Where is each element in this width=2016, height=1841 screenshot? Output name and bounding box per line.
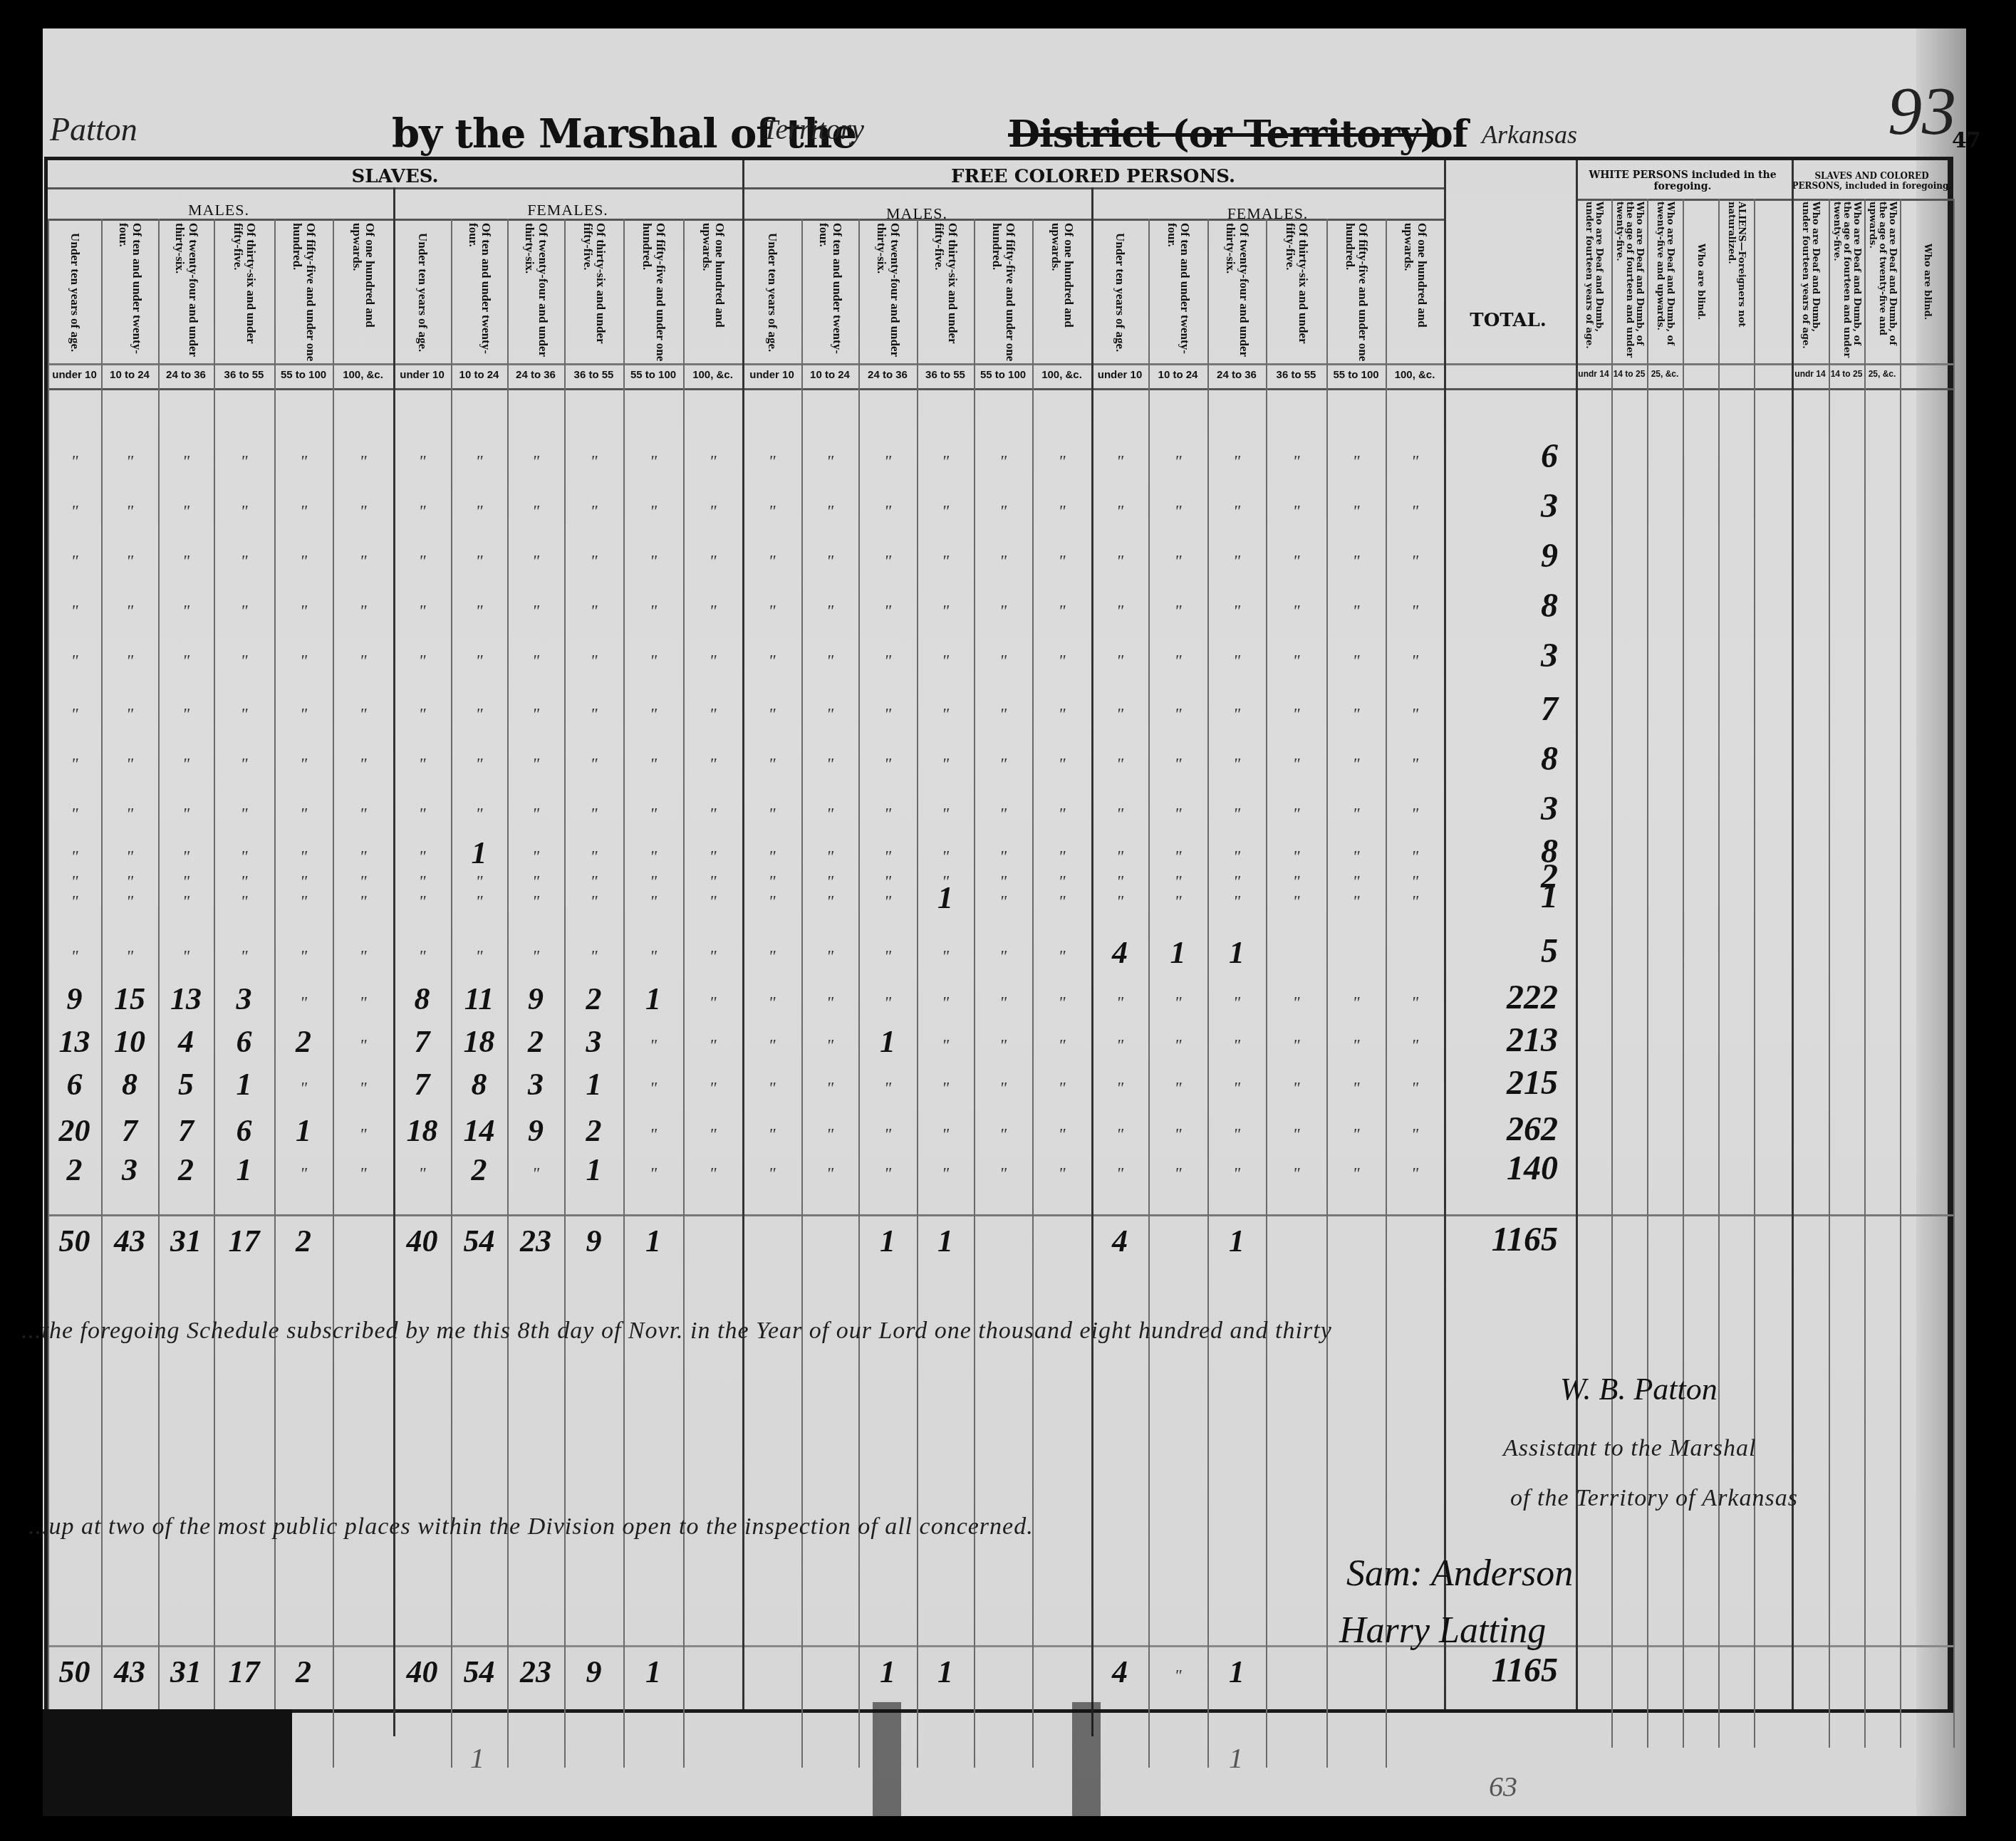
table-row-cell: " [333, 755, 393, 774]
table-row-cell: " [742, 1079, 801, 1098]
table-row-cell: 7 [101, 1112, 158, 1149]
table-row-cell: " [801, 805, 858, 824]
table-row-cell: " [683, 552, 742, 571]
column-code: under 10 [1091, 369, 1148, 381]
table-row-cell: " [1266, 1036, 1326, 1055]
table-row-cell: " [48, 755, 101, 774]
table-row-cell: " [917, 848, 974, 867]
table-row-cell: " [393, 552, 451, 571]
table-row-cell: " [1207, 993, 1266, 1013]
table-row-cell: " [451, 652, 507, 671]
final-total-row-cell: 43 [101, 1654, 158, 1690]
column-rule [1576, 160, 1578, 1709]
slaves-colored-header: SLAVES AND COLORED PERSONS, included in … [1792, 163, 1952, 199]
title-of: of [1428, 113, 1467, 156]
column-code: 36 to 55 [1266, 369, 1326, 381]
final-total-row-cell: 1 [917, 1654, 974, 1690]
table-row-cell: " [1148, 502, 1207, 521]
table-row-cell: 8 [393, 981, 451, 1017]
table-row-cell: " [48, 602, 101, 621]
table-row-cell: 3 [564, 1023, 623, 1060]
table-row-cell: " [1207, 652, 1266, 671]
column-code: 24 to 36 [858, 369, 917, 381]
table-row-total: 5 [1444, 932, 1558, 971]
table-row-cell: " [333, 552, 393, 571]
subtotal-row-cell: 2 [274, 1223, 333, 1259]
column-rule [1792, 160, 1794, 1709]
table-row-cell: " [333, 1125, 393, 1144]
table-row-cell: 8 [101, 1066, 158, 1102]
table-row-cell: " [917, 602, 974, 621]
column-code: 55 to 100 [974, 369, 1032, 381]
table-row-cell: " [1148, 872, 1207, 892]
table-row-cell: " [214, 602, 274, 621]
table-row-cell: " [1266, 848, 1326, 867]
table-row-cell: " [274, 805, 333, 824]
table-row-cell: " [333, 452, 393, 471]
table-row-cell: " [1091, 993, 1148, 1013]
table-row-cell: " [1386, 705, 1444, 724]
table-row-cell: " [101, 452, 158, 471]
rule-white-sub [1576, 199, 1953, 201]
table-row-cell: " [1032, 947, 1091, 966]
table-row-cell: " [274, 1164, 333, 1184]
table-row-cell: " [1207, 552, 1266, 571]
table-row-cell: " [214, 755, 274, 774]
table-row-cell: " [214, 705, 274, 724]
table-row-cell: " [101, 652, 158, 671]
table-row-cell: " [742, 872, 801, 892]
table-row-cell: " [507, 1164, 564, 1184]
table-row-cell: " [564, 602, 623, 621]
table-row-cell: " [1386, 892, 1444, 912]
table-row-cell: " [101, 872, 158, 892]
table-row-cell: " [1266, 755, 1326, 774]
table-row-cell: " [1091, 452, 1148, 471]
table-row-cell: " [1266, 452, 1326, 471]
table-row-cell: " [1207, 602, 1266, 621]
table-row-cell: " [101, 947, 158, 966]
table-row-cell: 1 [214, 1152, 274, 1188]
slaves-males: MALES. [48, 201, 390, 219]
table-row-total: 213 [1444, 1021, 1558, 1060]
table-row-cell: " [507, 452, 564, 471]
table-row-cell: " [274, 1079, 333, 1098]
table-row-cell: " [1148, 1125, 1207, 1144]
table-row-cell: " [858, 993, 917, 1013]
table-row-cell: 13 [158, 981, 214, 1017]
side-column-code: 25, &c. [1647, 369, 1683, 379]
table-row-cell: 5 [158, 1066, 214, 1102]
table-row-cell: " [158, 947, 214, 966]
table-row-cell: " [1032, 452, 1091, 471]
table-row-cell: " [158, 602, 214, 621]
table-row-cell: " [158, 452, 214, 471]
table-row-cell: 18 [393, 1112, 451, 1149]
table-row-cell: " [1386, 652, 1444, 671]
table-row-cell: " [742, 805, 801, 824]
table-row-cell: " [858, 755, 917, 774]
table-row-cell: " [101, 805, 158, 824]
table-row-cell: " [274, 872, 333, 892]
table-row-cell: 8 [451, 1066, 507, 1102]
table-row-cell: " [801, 552, 858, 571]
column-rule [1829, 199, 1830, 1748]
table-row-cell: " [1386, 1079, 1444, 1098]
column-header-fcp_f-2: Of twenty-four and under thirty-six. [1207, 223, 1266, 362]
table-row-cell: 1 [1148, 934, 1207, 971]
table-row-cell: " [801, 892, 858, 912]
table-row-cell: " [1266, 1125, 1326, 1144]
column-header-fcp_m-2: Of twenty-four and under thirty-six. [858, 223, 917, 362]
table-row-cell: " [1032, 552, 1091, 571]
table-row-cell: " [1032, 892, 1091, 912]
table-row-cell: " [1091, 1125, 1148, 1144]
final-total-row-cell: 54 [451, 1654, 507, 1690]
table-row-cell: 1 [274, 1112, 333, 1149]
table-row-cell: " [1326, 848, 1386, 867]
table-row-cell: " [393, 652, 451, 671]
column-header-fcp_f-1: Of ten and under twenty-four. [1148, 223, 1207, 362]
table-row-cell: " [1326, 452, 1386, 471]
table-row-cell: " [101, 602, 158, 621]
table-row-cell: " [158, 755, 214, 774]
table-row-cell: " [48, 892, 101, 912]
table-row-cell: " [1326, 872, 1386, 892]
table-row-cell: " [801, 602, 858, 621]
table-row-cell: " [1207, 805, 1266, 824]
table-row-cell: " [507, 652, 564, 671]
table-row-cell: " [1207, 452, 1266, 471]
table-row-cell: " [1148, 848, 1207, 867]
table-row-cell: " [801, 755, 858, 774]
table-row-cell: " [274, 892, 333, 912]
group-slaves: SLAVES. [48, 166, 742, 187]
bottom-stain-3 [1072, 1702, 1101, 1816]
column-code: 100, &c. [683, 369, 742, 381]
table-row-cell: " [1091, 755, 1148, 774]
subtotal-row-cell: 4 [1091, 1223, 1148, 1259]
table-row-cell: " [1148, 805, 1207, 824]
table-row-cell: " [333, 892, 393, 912]
table-row-cell: " [274, 755, 333, 774]
table-row-cell: " [274, 993, 333, 1013]
table-row-cell: " [1148, 652, 1207, 671]
table-row-cell: " [1148, 1079, 1207, 1098]
table-row-cell: " [917, 993, 974, 1013]
table-row-cell: 7 [393, 1066, 451, 1102]
table-row-cell: " [507, 848, 564, 867]
table-row-cell: " [1148, 552, 1207, 571]
subtotal-row-cell: 40 [393, 1223, 451, 1259]
table-row-cell: " [158, 502, 214, 521]
column-header-slave_m-5: Of one hundred and upwards. [333, 223, 393, 362]
enumerator-name: Patton [50, 110, 137, 148]
table-row-cell: " [683, 705, 742, 724]
table-row-cell: " [742, 848, 801, 867]
table-row-cell: " [393, 755, 451, 774]
table-row-cell: " [451, 552, 507, 571]
table-row-cell: " [451, 705, 507, 724]
table-row-total: 7 [1444, 689, 1558, 729]
table-row-cell: " [451, 892, 507, 912]
column-rule [1718, 199, 1720, 1748]
bottom-left-stain [43, 1709, 292, 1816]
table-row-cell: " [1207, 892, 1266, 912]
table-row-cell: " [742, 993, 801, 1013]
table-row-cell: " [1207, 502, 1266, 521]
table-row-cell: " [1148, 1164, 1207, 1184]
table-row-cell: " [1148, 452, 1207, 471]
table-row-cell: " [917, 705, 974, 724]
table-row-cell: " [742, 705, 801, 724]
column-code: under 10 [742, 369, 801, 381]
table-row-cell: " [742, 1036, 801, 1055]
column-header-slave_m-3: Of thirty-six and under fifty-five. [214, 223, 274, 362]
table-row-cell: " [1207, 848, 1266, 867]
table-row-cell: " [1148, 993, 1207, 1013]
table-row-cell: " [917, 552, 974, 571]
table-row-cell: " [1032, 1079, 1091, 1098]
table-row-cell: " [1326, 1036, 1386, 1055]
table-row-cell: " [451, 872, 507, 892]
table-row-cell: " [1266, 602, 1326, 621]
column-header-slave_f-2: Of twenty-four and under thirty-six. [507, 223, 564, 362]
table-row-cell: " [1032, 993, 1091, 1013]
table-row-cell: 14 [451, 1112, 507, 1149]
page-number-handwritten: 93 [1888, 71, 1956, 150]
side-column-header-1: Who are Deaf and Dumb, of the age of fou… [1611, 202, 1647, 362]
table-row-cell: " [623, 892, 683, 912]
table-row-cell: " [801, 502, 858, 521]
column-header-slave_f-4: Of fifty-five and under one hundred. [623, 223, 683, 362]
table-row-cell: 2 [451, 1152, 507, 1188]
column-rule [1754, 199, 1755, 1748]
table-row-cell: " [48, 705, 101, 724]
table-row-cell: 2 [564, 1112, 623, 1149]
table-row-cell: " [214, 805, 274, 824]
column-code: 10 to 24 [451, 369, 507, 381]
table-row-cell: 1 [917, 880, 974, 916]
table-row-cell: " [974, 1164, 1032, 1184]
table-row-cell: 1 [623, 981, 683, 1017]
assistant-title-1: Assistant to the Marshal [1503, 1435, 1757, 1462]
table-row-cell: " [623, 1036, 683, 1055]
final-total-row-cell: 1 [623, 1654, 683, 1690]
table-row-cell: " [683, 872, 742, 892]
table-row-total: 3 [1444, 486, 1558, 526]
table-row-cell: " [858, 602, 917, 621]
side-column-header-4: ALIENS—Foreigners not naturalized. [1718, 202, 1754, 362]
table-row-cell: " [858, 502, 917, 521]
table-row-cell: " [333, 993, 393, 1013]
table-row-cell: " [1326, 1164, 1386, 1184]
table-row-cell: " [917, 805, 974, 824]
table-row-cell: " [623, 805, 683, 824]
column-header-slave_f-5: Of one hundred and upwards. [683, 223, 742, 362]
table-row-cell: " [101, 502, 158, 521]
table-row-cell: " [451, 452, 507, 471]
column-header-fcp_f-0: Under ten years of age. [1091, 223, 1148, 362]
table-row-cell: 15 [101, 981, 158, 1017]
column-header-slave_m-1: Of ten and under twenty-four. [101, 223, 158, 362]
final-total-row-cell: 40 [393, 1654, 451, 1690]
column-rule [742, 160, 744, 1709]
table-row-cell: " [214, 502, 274, 521]
column-code: 55 to 100 [1326, 369, 1386, 381]
table-row-cell: " [1207, 755, 1266, 774]
table-row-cell: " [1032, 805, 1091, 824]
column-header-fcp_f-4: Of fifty-five and under one hundred. [1326, 223, 1386, 362]
column-code: 24 to 36 [1207, 369, 1266, 381]
final-total-row-cell: 4 [1091, 1654, 1148, 1690]
table-row-cell: 2 [564, 981, 623, 1017]
table-row-cell: " [974, 1036, 1032, 1055]
table-row-cell: 11 [451, 981, 507, 1017]
table-row-cell: " [1091, 602, 1148, 621]
table-row-cell: 2 [507, 1023, 564, 1060]
table-row-cell: " [742, 602, 801, 621]
table-row-cell: " [1266, 805, 1326, 824]
column-code: 55 to 100 [274, 369, 333, 381]
table-row-cell: " [742, 892, 801, 912]
subtotal-row-cell: 23 [507, 1223, 564, 1259]
table-row-cell: " [801, 1036, 858, 1055]
table-row-cell: 4 [158, 1023, 214, 1060]
table-row-cell: " [623, 1125, 683, 1144]
census-table: SLAVES. FREE COLORED PERSONS. TOTAL. MAL… [44, 157, 1953, 1713]
table-row-cell: " [564, 755, 623, 774]
table-row-cell: " [1266, 993, 1326, 1013]
table-row-cell: " [1326, 705, 1386, 724]
table-row-cell: " [1386, 602, 1444, 621]
table-row-cell: " [393, 947, 451, 966]
table-row-cell: " [333, 602, 393, 621]
group-free-colored: FREE COLORED PERSONS. [742, 166, 1444, 187]
side-column-code: undr 14 [1576, 369, 1611, 379]
total-header: TOTAL. [1444, 310, 1572, 331]
table-row-cell: " [507, 755, 564, 774]
side-column-code: undr 14 [1792, 369, 1829, 379]
table-row-cell: 6 [214, 1112, 274, 1149]
table-row-cell: " [1266, 872, 1326, 892]
table-row-cell: " [214, 552, 274, 571]
column-header-fcp_m-0: Under ten years of age. [742, 223, 801, 362]
table-row-cell: " [917, 1036, 974, 1055]
table-row-cell: " [623, 452, 683, 471]
table-row-cell: " [974, 705, 1032, 724]
column-rule [1611, 199, 1613, 1748]
final-total-row-cell: 50 [48, 1654, 101, 1690]
column-rule [1953, 199, 1955, 1748]
table-row-cell: " [1207, 1164, 1266, 1184]
table-row-cell: " [1386, 1125, 1444, 1144]
table-row-cell: " [333, 805, 393, 824]
table-row-cell: " [801, 872, 858, 892]
table-row-cell: 3 [101, 1152, 158, 1188]
struck-district-text: District (or Territory) [1008, 113, 1437, 156]
subtotal-row-cell: 1 [917, 1223, 974, 1259]
subtotal-row-cell: 1 [623, 1223, 683, 1259]
side-column-header-2: Who are Deaf and Dumb, of twenty-five an… [1647, 202, 1683, 362]
table-row-cell: " [858, 947, 917, 966]
table-row-cell: " [742, 1164, 801, 1184]
table-row-cell: " [1032, 1125, 1091, 1144]
table-row-cell: " [683, 1079, 742, 1098]
table-row-cell: " [742, 947, 801, 966]
table-row-cell: " [1032, 502, 1091, 521]
table-row-cell: " [974, 502, 1032, 521]
table-row-cell: " [214, 652, 274, 671]
table-row-cell: " [742, 755, 801, 774]
final-total-row-cell: 31 [158, 1654, 214, 1690]
table-row-cell: " [1207, 1125, 1266, 1144]
table-row-cell: " [974, 602, 1032, 621]
table-row-cell: " [451, 805, 507, 824]
table-row-cell: " [858, 652, 917, 671]
rule-group [48, 187, 1444, 189]
table-row-cell: " [214, 452, 274, 471]
table-row-cell: " [683, 993, 742, 1013]
table-row-cell: " [451, 755, 507, 774]
table-row-cell: " [1207, 1079, 1266, 1098]
table-row-cell: " [683, 947, 742, 966]
table-row-cell: " [742, 1125, 801, 1144]
margin-note-1: 1 [470, 1741, 484, 1775]
table-row-cell: 3 [507, 1066, 564, 1102]
witness-signature-2: Harry Latting [1339, 1610, 1546, 1652]
table-row-cell: " [158, 552, 214, 571]
table-row-cell: " [507, 552, 564, 571]
side-column-header-6: Who are Deaf and Dumb, of the age of fou… [1829, 202, 1864, 362]
table-row-cell: " [742, 502, 801, 521]
table-row-cell: " [742, 552, 801, 571]
side-column-header-8: Who are blind. [1900, 202, 1953, 362]
column-code: 36 to 55 [917, 369, 974, 381]
table-row-total: 1 [1444, 877, 1558, 916]
table-row-cell: " [158, 892, 214, 912]
table-row-cell: " [858, 1125, 917, 1144]
table-row-cell: " [214, 947, 274, 966]
table-row-cell: " [48, 552, 101, 571]
table-row-cell: " [623, 1164, 683, 1184]
census-page: Patton by the Marshal of the Territory D… [43, 28, 1966, 1816]
column-code: 36 to 55 [214, 369, 274, 381]
table-row-cell: " [393, 1164, 451, 1184]
table-row-cell: " [564, 848, 623, 867]
table-row-cell: " [1207, 705, 1266, 724]
table-row-total: 3 [1444, 789, 1558, 828]
table-row-cell: " [507, 502, 564, 521]
table-row-cell: " [858, 452, 917, 471]
certification-line-2: ...up at two of the most public places w… [28, 1513, 1034, 1540]
table-row-cell: " [1326, 993, 1386, 1013]
table-row-total: 262 [1444, 1110, 1558, 1149]
column-header-fcp_m-1: Of ten and under twenty-four. [801, 223, 858, 362]
table-row-cell: " [274, 947, 333, 966]
table-row-cell: " [974, 872, 1032, 892]
white-persons-header: WHITE PERSONS included in the foregoing. [1576, 163, 1789, 199]
column-code: 24 to 36 [158, 369, 214, 381]
table-row-cell: " [1091, 872, 1148, 892]
table-row-cell: " [333, 705, 393, 724]
table-row-cell: 18 [451, 1023, 507, 1060]
table-row-total: 140 [1444, 1149, 1558, 1188]
subtotal-row-cell: 50 [48, 1223, 101, 1259]
table-row-cell: " [1386, 872, 1444, 892]
table-row-cell: " [858, 872, 917, 892]
table-row-cell: " [507, 892, 564, 912]
